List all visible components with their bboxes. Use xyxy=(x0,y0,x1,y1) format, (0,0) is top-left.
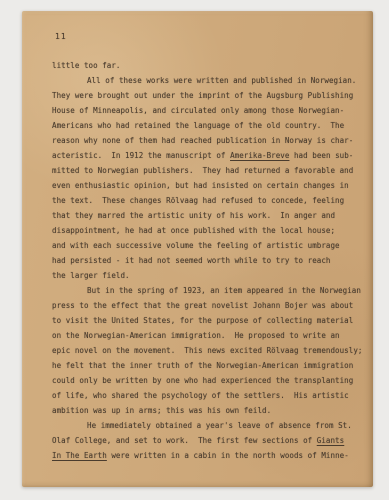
text-line: mitted to Norwegian publishers. They had… xyxy=(52,163,362,178)
text-segment: ambition was up in arms; this was his ow… xyxy=(52,406,271,415)
text-segment: epic novel on the movement. This news ex… xyxy=(52,346,362,355)
text-line: reason why none of them had reached publ… xyxy=(52,133,362,148)
text-segment: Americans who had retained the language … xyxy=(52,121,344,130)
text-segment: even enthusiastic opinion, but had insis… xyxy=(52,181,349,190)
text-segment: press to the effect that the great novel… xyxy=(52,301,353,310)
text-segment: he felt that the inner truth of the Norw… xyxy=(52,361,353,370)
text-segment: mitted to Norwegian publishers. They had… xyxy=(52,166,353,175)
text-line: the larger field. xyxy=(52,268,362,283)
text-line: had persisted - it had not seemed worth … xyxy=(52,253,362,268)
text-line: little too far. xyxy=(52,58,362,73)
text-line: on the Norwegian-American immigration. H… xyxy=(52,328,362,343)
manuscript-page: 11 little too far.All of these works wer… xyxy=(22,11,373,487)
underlined-book-title: Amerika-Breve xyxy=(230,151,289,160)
text-segment: Olaf College, and set to work. The first… xyxy=(52,436,317,445)
text-line: Olaf College, and set to work. The first… xyxy=(52,433,362,448)
text-line: and with each successive volume the feel… xyxy=(52,238,362,253)
text-line: Americans who had retained the language … xyxy=(52,118,362,133)
text-line: ambition was up in arms; this was his ow… xyxy=(52,403,362,418)
text-line: House of Minneapolis, and circulated onl… xyxy=(52,103,362,118)
text-line: the text. These changes Rölvaag had refu… xyxy=(52,193,362,208)
text-line: epic novel on the movement. This news ex… xyxy=(52,343,362,358)
page-number: 11 xyxy=(55,32,67,41)
text-segment: on the Norwegian-American immigration. H… xyxy=(52,331,340,340)
text-line: to visit the United States, for the purp… xyxy=(52,313,362,328)
text-line: could only be written by one who had exp… xyxy=(52,373,362,388)
text-segment: that they marred the artistic unity of h… xyxy=(52,211,335,220)
text-line: In The Earth were written in a cabin in … xyxy=(52,448,362,463)
document-lines: little too far.All of these works were w… xyxy=(52,58,362,463)
scan-background: 11 little too far.All of these works wer… xyxy=(0,0,389,500)
text-segment: had been sub- xyxy=(289,151,353,160)
text-segment: were written in a cabin in the north woo… xyxy=(107,451,349,460)
text-segment: had persisted - it had not seemed worth … xyxy=(52,256,331,265)
text-segment: could only be written by one who had exp… xyxy=(52,376,353,385)
text-segment: little too far. xyxy=(52,61,120,70)
text-segment: acteristic. In 1912 the manuscript of xyxy=(52,151,230,160)
text-line: All of these works were written and publ… xyxy=(52,73,362,88)
text-line: acteristic. In 1912 the manuscript of Am… xyxy=(52,148,362,163)
text-line: press to the effect that the great novel… xyxy=(52,298,362,313)
text-segment: the larger field. xyxy=(52,271,130,280)
text-segment: They were brought out under the imprint … xyxy=(52,91,353,100)
text-segment: He immediately obtained a year's leave o… xyxy=(87,421,352,430)
text-line: He immediately obtained a year's leave o… xyxy=(52,418,362,433)
underlined-book-title: In The Earth xyxy=(52,451,107,460)
text-segment: All of these works were written and publ… xyxy=(87,76,356,85)
text-line: even enthusiastic opinion, but had insis… xyxy=(52,178,362,193)
text-segment: and with each successive volume the feel… xyxy=(52,241,340,250)
text-segment: the text. These changes Rölvaag had refu… xyxy=(52,196,344,205)
text-line: But in the spring of 1923, an item appea… xyxy=(52,283,362,298)
underlined-book-title: Giants xyxy=(317,436,344,445)
text-line: of life, who shared the psychology of th… xyxy=(52,388,362,403)
text-line: he felt that the inner truth of the Norw… xyxy=(52,358,362,373)
text-segment: House of Minneapolis, and circulated onl… xyxy=(52,106,344,115)
text-line: They were brought out under the imprint … xyxy=(52,88,362,103)
text-line: disappointment, he had at once published… xyxy=(52,223,362,238)
text-segment: disappointment, he had at once published… xyxy=(52,226,335,235)
text-segment: reason why none of them had reached publ… xyxy=(52,136,353,145)
text-line: that they marred the artistic unity of h… xyxy=(52,208,362,223)
text-segment: of life, who shared the psychology of th… xyxy=(52,391,349,400)
text-segment: But in the spring of 1923, an item appea… xyxy=(87,286,361,295)
text-segment: to visit the United States, for the purp… xyxy=(52,316,353,325)
